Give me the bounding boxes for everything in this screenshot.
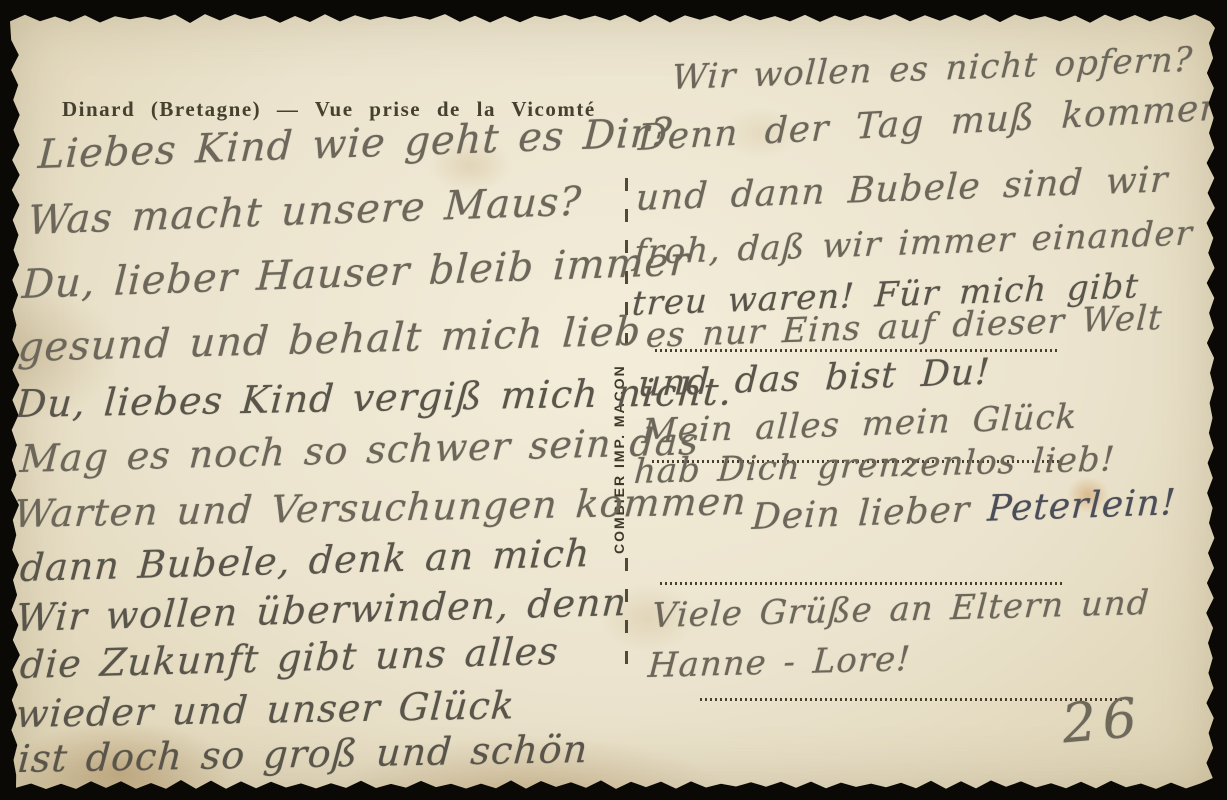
postcard: Dinard (Bretagne) — Vue prise de la Vico… xyxy=(10,13,1216,790)
handwritten-line-right: Denn der Tag muß kommen xyxy=(637,87,1224,159)
handwritten-line-left: Was macht unsere Maus? xyxy=(27,179,583,244)
handwritten-line-right: und dann Bubele sind wir xyxy=(635,159,1169,219)
pencil-number: 26 xyxy=(1059,686,1145,756)
handwritten-line-closing: Viele Grüße an Eltern und xyxy=(651,583,1151,636)
handwritten-line-right: und das bist Du! xyxy=(637,352,992,405)
handwritten-line-left: wieder und unser Glück xyxy=(14,683,516,736)
signature-prefix: Dein lieber xyxy=(751,489,989,538)
handwritten-line-closing: Hanne - Lore! xyxy=(647,639,912,686)
handwritten-line-left: Mag es noch so schwer sein das xyxy=(19,419,701,481)
signature-name: Peterlein! xyxy=(986,482,1177,530)
photo-background: Dinard (Bretagne) — Vue prise de la Vico… xyxy=(0,0,1227,800)
handwritten-line-left: Du, lieber Hauser bleib immer xyxy=(21,239,691,308)
address-dotted-line xyxy=(660,582,1062,585)
signature-line: Dein lieber Peterlein! xyxy=(751,482,1177,538)
handwritten-line-left: dann Bubele, denk an mich xyxy=(19,531,592,590)
handwritten-line-left: gesund und behalt mich lieb xyxy=(17,309,643,371)
handwritten-line-left: ist doch so groß und schön xyxy=(16,727,589,781)
handwritten-line-right: froh, daß wir immer einander xyxy=(633,213,1194,273)
handwritten-line-right: Wir wollen es nicht opfern? xyxy=(671,40,1194,98)
